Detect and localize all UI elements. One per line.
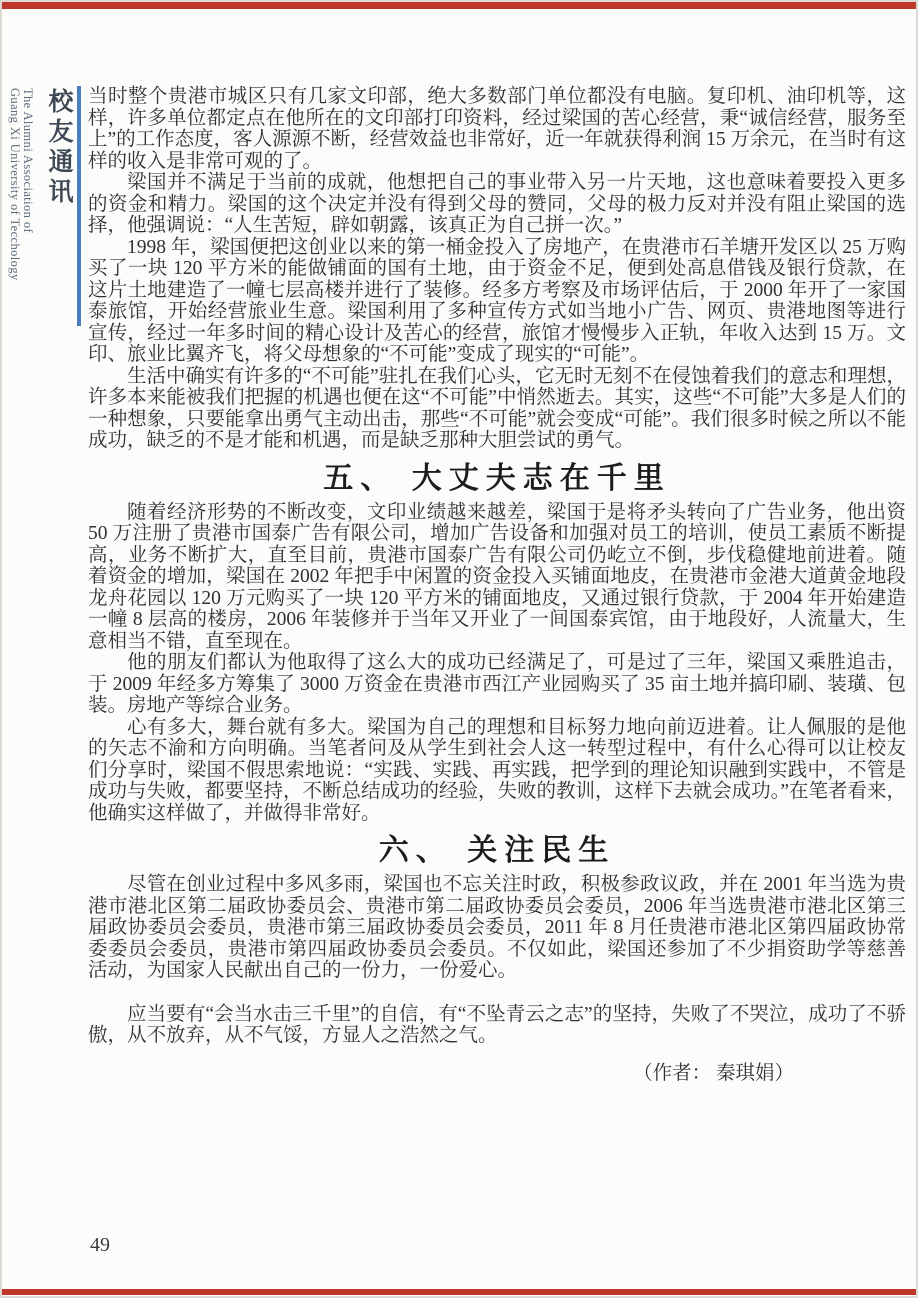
sidebar-masthead: 校友通讯 The Alumni Association of Guang Xi … [8,88,76,348]
section-heading: 五、 大丈夫志在千里 [88,460,906,498]
masthead-en-line1: The Alumni Association of [21,88,34,348]
top-accent-bar [2,2,916,9]
sidebar-divider-rule [77,86,81,326]
article-body: 当时整个贵港市城区只有几家文印部，绝大多数部门单位都没有电脑。复印机、油印机等，… [88,86,906,1084]
bottom-accent-bar [2,1289,916,1295]
body-paragraph: 生活中确实有许多的“不可能”驻扎在我们心头，它无时无刻不在侵蚀着我们的意志和理想… [88,366,906,452]
body-paragraph: 他的朋友们都认为他取得了这么大的成功已经满足了，可是过了三年，梁国又乘胜追击，于… [88,652,906,717]
body-paragraph: 1998 年，梁国便把这创业以来的第一桶金投入了房地产，在贵港市石羊塘开发区以 … [88,237,906,366]
body-paragraph: 应当要有“会当水击三千里”的自信，有“不坠青云之志”的坚持，失败了不哭泣，成功了… [88,1004,906,1047]
body-paragraph: 当时整个贵港市城区只有几家文印部，绝大多数部门单位都没有电脑。复印机、油印机等，… [88,86,906,172]
document-page: 校友通讯 The Alumni Association of Guang Xi … [0,0,918,1298]
section-heading: 六、 关注民生 [88,832,906,870]
body-paragraph: 心有多大，舞台就有多大。梁国为自己的理想和目标努力地向前迈进着。让人佩服的是他的… [88,717,906,825]
body-paragraph: 梁国并不满足于当前的成就，他想把自己的事业带入另一片天地，这也意味着要投入更多的… [88,172,906,237]
page-number: 49 [90,1234,110,1257]
masthead-en-line2: Guang Xi University of Tecchology [8,88,21,348]
body-paragraph: 随着经济形势的不断改变，文印业绩越来越差，梁国于是将矛头转向了广告业务，他出资 … [88,502,906,653]
author-credit: （作者： 秦琪娟） [88,1063,906,1085]
masthead-cn-title: 校友通讯 [40,88,76,348]
body-paragraph: 尽管在创业过程中多风多雨，梁国也不忘关注时政，积极参政议政，并在 2001 年当… [88,874,906,982]
